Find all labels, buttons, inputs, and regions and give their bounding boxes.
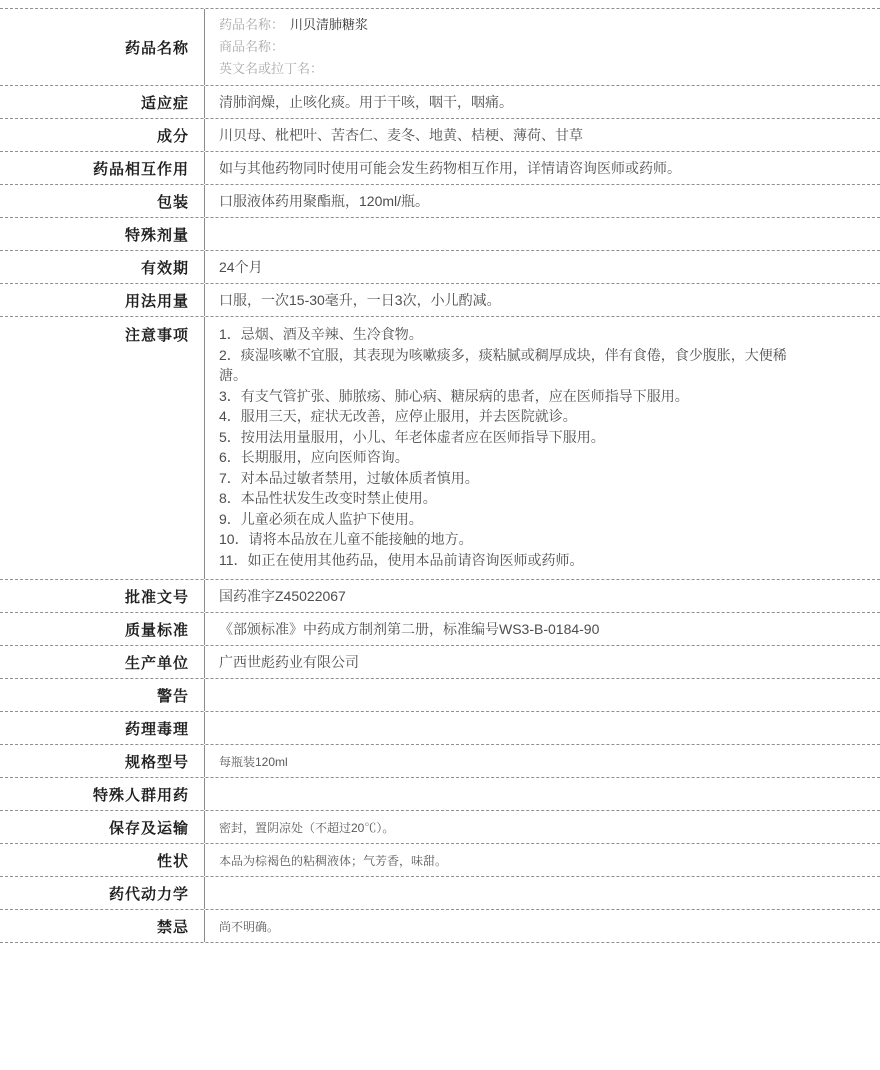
table-rows-bottom: 批准文号国药准字Z45022067质量标准《部颁标准》中药成方制剂第二册，标准编…	[0, 580, 880, 943]
row-content: 如与其他药物同时使用可能会发生药物相互作用，详情请咨询医师或药师。	[205, 152, 880, 184]
table-row: 包装口服液体药用聚酯瓶，120ml/瓶。	[0, 185, 880, 218]
table-row-drug-name: 药品名称 药品名称：川贝清肺糖浆 商品名称： 英文名或拉丁名：	[0, 9, 880, 86]
row-content: 24个月	[205, 251, 880, 283]
precaution-item: 11．如正在使用其他药品，使用本品前请咨询医师或药师。	[219, 550, 584, 571]
table-row: 质量标准《部颁标准》中药成方制剂第二册，标准编号WS3-B-0184-90	[0, 613, 880, 646]
table-row: 批准文号国药准字Z45022067	[0, 580, 880, 613]
table-row: 有效期24个月	[0, 251, 880, 284]
precaution-item: 4．服用三天，症状无改善，应停止服用，并去医院就诊。	[219, 406, 577, 427]
field-value: 川贝清肺糖浆	[290, 17, 368, 32]
row-label: 警告	[0, 679, 205, 711]
table-rows-top: 适应症清肺润燥，止咳化痰。用于干咳，咽干，咽痛。成分川贝母、枇杷叶、苦杏仁、麦冬…	[0, 86, 880, 317]
precaution-item: 9．儿童必须在成人监护下使用。	[219, 509, 423, 530]
table-row: 特殊人群用药	[0, 778, 880, 811]
row-label: 保存及运输	[0, 811, 205, 843]
row-label: 特殊人群用药	[0, 778, 205, 810]
table-row: 生产单位广西世彪药业有限公司	[0, 646, 880, 679]
drug-info-table: 药品名称 药品名称：川贝清肺糖浆 商品名称： 英文名或拉丁名： 适应症清肺润燥，…	[0, 8, 880, 943]
row-content	[205, 877, 880, 909]
row-content: 广西世彪药业有限公司	[205, 646, 880, 678]
precaution-item: 8．本品性状发生改变时禁止使用。	[219, 488, 437, 509]
table-row: 性状本品为棕褐色的粘稠液体；气芳香，味甜。	[0, 844, 880, 877]
row-content: 每瓶装120ml	[205, 745, 880, 777]
row-content: 《部颁标准》中药成方制剂第二册，标准编号WS3-B-0184-90	[205, 613, 880, 645]
table-row: 特殊剂量	[0, 218, 880, 251]
precautions-list: 1．忌烟、酒及辛辣、生冷食物。2．痰湿咳嗽不宜服，其表现为咳嗽痰多，痰粘腻或稠厚…	[205, 317, 880, 579]
row-content	[205, 712, 880, 744]
precaution-item: 5．按用法用量服用，小儿、年老体虚者应在医师指导下服用。	[219, 427, 605, 448]
row-label: 特殊剂量	[0, 218, 205, 250]
row-label: 生产单位	[0, 646, 205, 678]
row-content	[205, 679, 880, 711]
row-label: 适应症	[0, 86, 205, 118]
row-label: 有效期	[0, 251, 205, 283]
table-row: 警告	[0, 679, 880, 712]
precaution-item: 3．有支气管扩张、肺脓疡、肺心病、糖尿病的患者，应在医师指导下服用。	[219, 386, 689, 407]
row-label: 性状	[0, 844, 205, 876]
row-label: 用法用量	[0, 284, 205, 316]
field-label: 药品名称：	[219, 17, 284, 32]
field-label: 英文名或拉丁名：	[219, 61, 323, 76]
table-row-precautions: 注意事项 1．忌烟、酒及辛辣、生冷食物。2．痰湿咳嗽不宜服，其表现为咳嗽痰多，痰…	[0, 317, 880, 580]
table-row: 保存及运输密封，置阴凉处（不超过20℃）。	[0, 811, 880, 844]
english-name-field: 英文名或拉丁名：	[219, 58, 329, 80]
row-label: 注意事项	[0, 317, 205, 579]
row-content: 口服，一次15-30毫升，一日3次，小儿酌减。	[205, 284, 880, 316]
row-content: 药品名称：川贝清肺糖浆 商品名称： 英文名或拉丁名：	[205, 9, 880, 85]
row-content: 本品为棕褐色的粘稠液体；气芳香，味甜。	[205, 844, 880, 876]
row-label: 药品相互作用	[0, 152, 205, 184]
precaution-item: 1．忌烟、酒及辛辣、生冷食物。	[219, 324, 423, 345]
row-content: 国药准字Z45022067	[205, 580, 880, 612]
drug-info-page: 药品名称 药品名称：川贝清肺糖浆 商品名称： 英文名或拉丁名： 适应症清肺润燥，…	[0, 8, 880, 1070]
row-content: 尚不明确。	[205, 910, 880, 942]
table-row: 规格型号每瓶装120ml	[0, 745, 880, 778]
row-label: 药理毒理	[0, 712, 205, 744]
table-row: 成分川贝母、枇杷叶、苦杏仁、麦冬、地黄、桔梗、薄荷、甘草	[0, 119, 880, 152]
table-row: 药代动力学	[0, 877, 880, 910]
drug-name-field: 药品名称：川贝清肺糖浆	[219, 14, 368, 36]
row-label: 规格型号	[0, 745, 205, 777]
table-row: 适应症清肺润燥，止咳化痰。用于干咳，咽干，咽痛。	[0, 86, 880, 119]
row-content	[205, 778, 880, 810]
row-content: 口服液体药用聚酯瓶，120ml/瓶。	[205, 185, 880, 217]
row-label: 禁忌	[0, 910, 205, 942]
row-label: 质量标准	[0, 613, 205, 645]
row-label: 药代动力学	[0, 877, 205, 909]
row-content: 密封，置阴凉处（不超过20℃）。	[205, 811, 880, 843]
field-label: 商品名称：	[219, 39, 284, 54]
row-content	[205, 218, 880, 250]
row-label: 包装	[0, 185, 205, 217]
table-row: 禁忌尚不明确。	[0, 910, 880, 943]
row-label: 成分	[0, 119, 205, 151]
table-row: 药品相互作用如与其他药物同时使用可能会发生药物相互作用，详情请咨询医师或药师。	[0, 152, 880, 185]
table-row: 药理毒理	[0, 712, 880, 745]
precaution-item: 10．请将本品放在儿童不能接触的地方。	[219, 529, 473, 550]
row-label: 药品名称	[0, 9, 205, 85]
precaution-item: 7．对本品过敏者禁用，过敏体质者慎用。	[219, 468, 479, 489]
row-content: 清肺润燥，止咳化痰。用于干咳，咽干，咽痛。	[205, 86, 880, 118]
table-row: 用法用量口服，一次15-30毫升，一日3次，小儿酌减。	[0, 284, 880, 317]
row-content: 川贝母、枇杷叶、苦杏仁、麦冬、地黄、桔梗、薄荷、甘草	[205, 119, 880, 151]
row-label: 批准文号	[0, 580, 205, 612]
precaution-item: 6．长期服用，应向医师咨询。	[219, 447, 409, 468]
precaution-item: 2．痰湿咳嗽不宜服，其表现为咳嗽痰多，痰粘腻或稠厚成块，伴有食倦，食少腹胀，大便…	[219, 345, 811, 386]
trade-name-field: 商品名称：	[219, 36, 290, 58]
